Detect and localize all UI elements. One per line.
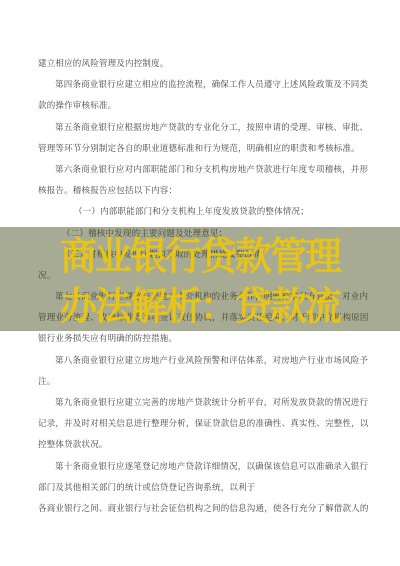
- document-line: 管理等环节分别制定各自的职业道德标准和行为规范，明确相应的职责和考核标准。: [38, 138, 368, 159]
- document-line: 第八条商业银行应建立房地产行业风险预警和评估体系，对房地产行业市场风险予以关: [38, 350, 368, 371]
- document-line: 第九条商业银行应建立完善的房地产贷款统计分析平台，对所发放贷款的情况进行详细: [38, 392, 368, 413]
- document-line: 注。: [38, 371, 368, 392]
- banner-title: 商业银行贷款管理 办法解析：贷款流: [0, 227, 400, 331]
- banner-title-line1: 商业银行贷款管理: [0, 232, 400, 282]
- document-line: 建立相应的风险管理及内控制度。: [38, 53, 368, 74]
- document-line: 第六条商业银行应对内部职能部门和分支机构房地产贷款进行年度专项稽核，并形成稽: [38, 159, 368, 180]
- document-line: 记录，并及时对相关信息进行整理分析，保证贷款信息的准确性、真实性、完整性，以有效…: [38, 413, 368, 434]
- document-line: 第十条商业银行应逐笔登记房地产贷款详细情况，以确保该信息可以准确录入银行监管: [38, 456, 368, 477]
- document-line: 款的操作审核标准。: [38, 95, 368, 116]
- document-line: （一）内部职能部门和分支机构上年度发放贷款的整体情况；: [38, 201, 368, 222]
- document-page: 建立相应的风险管理及内控制度。第四条商业银行应建立相应的监控流程，确保工作人员遵…: [0, 0, 400, 566]
- document-line: 核报告。稽核报告应包括以下内容：: [38, 180, 368, 201]
- document-line: 控整体贷款状况。: [38, 434, 368, 455]
- banner-title-line2: 办法解析：贷款流: [0, 282, 400, 331]
- document-line: 银行业务损失应有明确的防控措施。: [38, 328, 368, 349]
- document-line: 第四条商业银行应建立相应的监控流程，确保工作人员遵守上述风险政策及不同类型贷: [38, 74, 368, 95]
- document-line: 第五条商业银行应根据房地产贷款的专业化分工，按照申请的受理、审核、审批、贷后: [38, 117, 368, 138]
- title-banner-overlay: 商业银行贷款管理 办法解析：贷款流: [0, 227, 400, 331]
- document-line: 各商业银行之间、商业银行与社会征信机构之间的信息沟通，使各行充分了解借款人的整体…: [38, 498, 368, 519]
- document-line: 部门及其他相关部门的统计或信贷登记咨询系统，以利于: [38, 477, 368, 498]
